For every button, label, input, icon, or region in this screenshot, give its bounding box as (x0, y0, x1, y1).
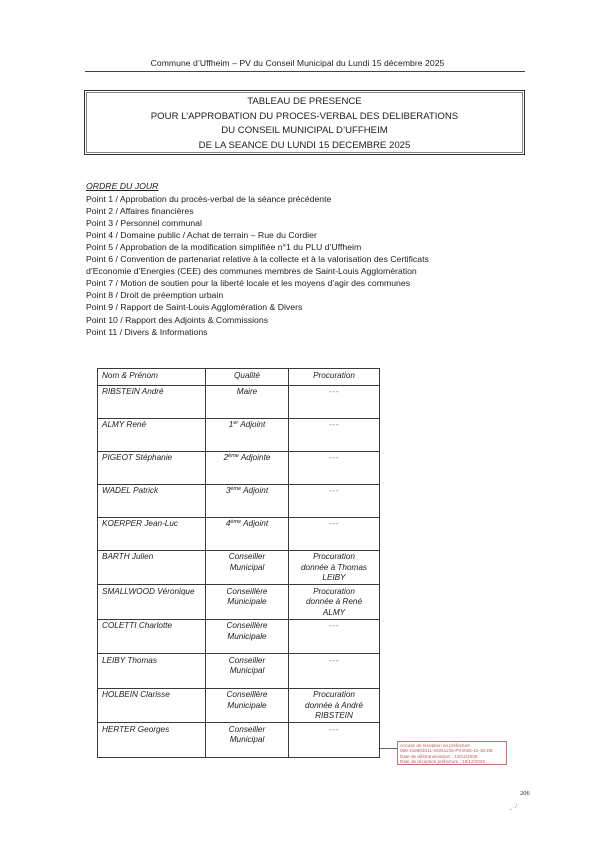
agenda-point: Point 11 / Divers & Informations (86, 326, 536, 338)
qualite-title: Adjointe (239, 453, 271, 462)
agenda-point: Point 8 / Droit de préemption urbain (86, 289, 536, 301)
procuration-line: RIBSTEIN (292, 711, 376, 722)
member-procuration: --- (289, 517, 380, 550)
column-header-qualite: Qualité (206, 369, 289, 386)
qualite-text: Maire (237, 387, 257, 396)
agenda-point-number: Point 3 / (86, 217, 118, 229)
agenda-point-text: Domaine public / Achat de terrain – Rue … (120, 230, 317, 240)
procuration-line: --- (292, 453, 376, 464)
qualite-text-line2: Municipale (209, 701, 285, 712)
member-procuration: --- (289, 619, 380, 654)
qualite-text-line2: Municipal (209, 735, 285, 746)
agenda-point-text: Rapport des Adjoints & Commissions (125, 315, 268, 325)
agenda-point-number: Point 9 / (86, 301, 118, 313)
stamp-leader-line (380, 748, 397, 749)
member-procuration: --- (289, 484, 380, 517)
agenda-point-continuation: d’Economie d’Energies (CEE) des communes… (86, 265, 536, 277)
member-name: HERTER Georges (98, 723, 206, 758)
member-qualite: ConseillerMunicipal (206, 723, 289, 758)
table-header-row: Nom & Prénom Qualité Procuration (98, 369, 380, 386)
member-procuration: --- (289, 418, 380, 451)
column-header-procuration: Procuration (289, 369, 380, 386)
procuration-line: --- (292, 725, 376, 736)
member-name: ALMY René (98, 418, 206, 451)
member-qualite: Maire (206, 385, 289, 418)
member-name: WADEL Patrick (98, 484, 206, 517)
agenda: ORDRE DU JOUR Point 1 / Approbation du p… (86, 180, 536, 338)
agenda-point: Point 9 / Rapport de Saint-Louis Agglomé… (86, 301, 536, 313)
procuration-line: --- (292, 519, 376, 530)
agenda-point-number: Point 7 / (86, 277, 118, 289)
qualite-text: Conseiller (229, 656, 265, 665)
agenda-point-text: Convention de partenariat relative à la … (120, 254, 429, 264)
column-header-name: Nom & Prénom (98, 369, 206, 386)
title-box: TABLEAU DE PRESENCE POUR L’APPROBATION D… (84, 90, 525, 155)
table-row: SMALLWOOD VéroniqueConseillèreMunicipale… (98, 585, 380, 620)
agenda-point: Point 5 / Approbation de la modification… (86, 241, 536, 253)
member-procuration: --- (289, 723, 380, 758)
table-row: WADEL Patrick3ème Adjoint--- (98, 484, 380, 517)
procuration-line: donnée à René (292, 597, 376, 608)
procuration-line: LEIBY (292, 573, 376, 584)
qualite-title: Adjoint (238, 420, 265, 429)
agenda-heading: ORDRE DU JOUR (86, 180, 536, 192)
table-row: BARTH JulienConseillerMunicipalProcurati… (98, 550, 380, 585)
agenda-points: Point 1 / Approbation du procès-verbal d… (86, 193, 536, 338)
member-name: HOLBEIN Clarisse (98, 688, 206, 723)
agenda-point-text: Personnel communal (120, 218, 202, 228)
qualite-text-line2: Municipal (209, 666, 285, 677)
member-qualite: 1er Adjoint (206, 418, 289, 451)
qualite-title: Adjoint (241, 486, 268, 495)
agenda-point-number: Point 4 / (86, 229, 118, 241)
qualite-text-line2: Municipale (209, 597, 285, 608)
procuration-line: --- (292, 656, 376, 667)
procuration-line: --- (292, 621, 376, 632)
qualite-text: Conseiller (229, 725, 265, 734)
agenda-point-text: Approbation de la modification simplifié… (120, 242, 361, 252)
agenda-point-number: Point 2 / (86, 205, 118, 217)
header-rule (85, 71, 525, 72)
member-name: KOERPER Jean-Luc (98, 517, 206, 550)
member-qualite: 2ème Adjointe (206, 451, 289, 484)
member-procuration: --- (289, 451, 380, 484)
agenda-point-text: Divers & Informations (124, 327, 207, 337)
procuration-line: --- (292, 420, 376, 431)
qualite-ordinal-suffix: ème (230, 486, 241, 492)
agenda-point-number: Point 8 / (86, 289, 118, 301)
member-procuration: Procurationdonnée à AndréRIBSTEIN (289, 688, 380, 723)
table-row: RIBSTEIN AndréMaire--- (98, 385, 380, 418)
table-row: HOLBEIN ClarisseConseillèreMunicipalePro… (98, 688, 380, 723)
procuration-line: ALMY (292, 608, 376, 619)
qualite-text: Conseillère (227, 690, 268, 699)
title-line: DU CONSEIL MUNICIPAL D’UFFHEIM (85, 124, 524, 139)
agenda-point-text: Droit de préemption urbain (120, 290, 223, 300)
agenda-point-number: Point 5 / (86, 241, 118, 253)
qualite-title: Adjoint (241, 519, 268, 528)
procuration-line: donnée à Thomas (292, 563, 376, 574)
prefecture-receipt-stamp: Accusé de réception en préfecture 068-21… (397, 741, 507, 765)
member-qualite: ConseillèreMunicipale (206, 619, 289, 654)
member-procuration: Procurationdonnée à ThomasLEIBY (289, 550, 380, 585)
title-line: POUR L’APPROBATION DU PROCES-VERBAL DES … (85, 110, 524, 125)
agenda-point-text: Motion de soutien pour la liberté locale… (120, 278, 410, 288)
procuration-line: donnée à André (292, 701, 376, 712)
procuration-line: Procuration (292, 690, 376, 701)
qualite-text-line2: Municipal (209, 563, 285, 574)
member-procuration: --- (289, 654, 380, 689)
agenda-point: Point 2 / Affaires financières (86, 205, 536, 217)
table-row: LEIBY ThomasConseillerMunicipal--- (98, 654, 380, 689)
table-row: COLETTI CharlotteConseillèreMunicipale--… (98, 619, 380, 654)
agenda-point-number: Point 11 / (86, 326, 122, 338)
page-number: 206 (520, 790, 530, 797)
procuration-line: Procuration (292, 552, 376, 563)
procuration-line: Procuration (292, 587, 376, 598)
agenda-point: Point 6 / Convention de partenariat rela… (86, 253, 536, 265)
member-name: PIGEOT Stéphanie (98, 451, 206, 484)
member-qualite: 4ème Adjoint (206, 517, 289, 550)
agenda-point: Point 1 / Approbation du procès-verbal d… (86, 193, 536, 205)
member-name: SMALLWOOD Véronique (98, 585, 206, 620)
qualite-ordinal-suffix: ème (230, 519, 241, 525)
qualite-text: Conseillère (227, 587, 268, 596)
table-row: ALMY René1er Adjoint--- (98, 418, 380, 451)
member-qualite: ConseillèreMunicipale (206, 688, 289, 723)
qualite-text-line2: Municipale (209, 632, 285, 643)
table-row: KOERPER Jean-Luc4ème Adjoint--- (98, 517, 380, 550)
member-name: COLETTI Charlotte (98, 619, 206, 654)
procuration-line: --- (292, 387, 376, 398)
member-qualite: 3ème Adjoint (206, 484, 289, 517)
presence-table-body: RIBSTEIN AndréMaire---ALMY René1er Adjoi… (98, 385, 380, 757)
agenda-point: Point 7 / Motion de soutien pour la libe… (86, 277, 536, 289)
agenda-point-number: Point 10 / (86, 314, 123, 326)
member-qualite: ConseillerMunicipal (206, 550, 289, 585)
qualite-text: Conseillère (227, 621, 268, 630)
member-procuration: Procurationdonnée à RenéALMY (289, 585, 380, 620)
qualite-text: Conseiller (229, 552, 265, 561)
presence-table: Nom & Prénom Qualité Procuration RIBSTEI… (97, 368, 380, 758)
procuration-line: --- (292, 486, 376, 497)
agenda-point-text: Affaires financières (120, 206, 194, 216)
agenda-point-number: Point 1 / (86, 193, 118, 205)
agenda-point: Point 4 / Domaine public / Achat de terr… (86, 229, 536, 241)
agenda-point-text: Approbation du procès-verbal de la séanc… (120, 194, 332, 204)
qualite-ordinal-suffix: ème (228, 453, 239, 459)
member-name: BARTH Julien (98, 550, 206, 585)
title-line: TABLEAU DE PRESENCE (85, 95, 524, 110)
member-qualite: ConseillèreMunicipale (206, 585, 289, 620)
page-header: Commune d’Uffheim – PV du Conseil Munici… (0, 58, 595, 68)
member-procuration: --- (289, 385, 380, 418)
member-qualite: ConseillerMunicipal (206, 654, 289, 689)
stamp-line: Date de réception préfecture : 19/12/202… (400, 759, 504, 764)
table-row: PIGEOT Stéphanie2ème Adjointe--- (98, 451, 380, 484)
handwritten-mark: _ . / (509, 804, 517, 810)
member-name: LEIBY Thomas (98, 654, 206, 689)
agenda-point-text: Rapport de Saint-Louis Agglomération & D… (120, 302, 302, 312)
member-name: RIBSTEIN André (98, 385, 206, 418)
agenda-point: Point 3 / Personnel communal (86, 217, 536, 229)
table-row: HERTER GeorgesConseillerMunicipal--- (98, 723, 380, 758)
title-line: DE LA SEANCE DU LUNDI 15 DECEMBRE 2025 (85, 139, 524, 154)
agenda-point: Point 10 / Rapport des Adjoints & Commis… (86, 314, 536, 326)
agenda-point-number: Point 6 / (86, 253, 118, 265)
